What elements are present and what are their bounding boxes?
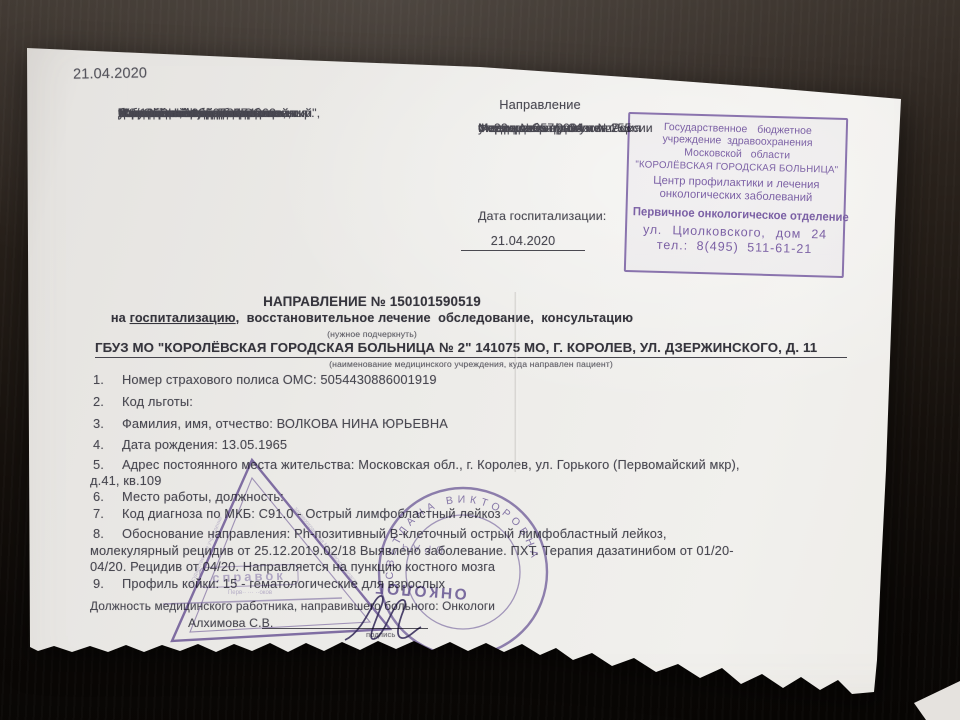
hospitalization-date-value: 21.04.2020	[463, 234, 583, 248]
doctor-name: Алхимова С.В.	[188, 616, 273, 630]
photo-of-referral-document: 21.04.2020 Министерство здравоохранения …	[0, 0, 960, 720]
item-workplace: 6.Место работы, должность:	[93, 489, 284, 504]
item-patient-name: 3.Фамилия, имя, отчество: ВОЛКОВА НИНА Ю…	[93, 416, 448, 431]
item-address-cont: д.41, кв.109	[90, 473, 161, 488]
paper-shadow-wrap: 21.04.2020 Министерство здравоохранения …	[0, 0, 960, 720]
item-address: 5.Адрес постоянного места жительства: Мо…	[93, 457, 740, 472]
referring-position-line: Должность медицинского работника, направ…	[90, 599, 495, 613]
hospital-rect-stamp: Государственное бюджетное учреждение здр…	[624, 112, 848, 278]
hospitalization-date-underline	[461, 250, 585, 251]
form-line: от 22 ноября 2004 г. №255	[478, 121, 632, 136]
form-header-title: Направление	[440, 97, 640, 112]
target-facility-line: ГБУЗ МО "КОРОЛЁВСКАЯ ГОРОДСКАЯ БОЛЬНИЦА …	[95, 340, 847, 358]
subtitle-prefix: на	[111, 311, 130, 325]
item-birth-date: 4.Дата рождения: 13.05.1965	[93, 437, 287, 452]
referral-title: НАПРАВЛЕНИЕ № 150101590519	[0, 294, 744, 309]
item-benefit-code: 2.Код льготы:	[93, 394, 193, 409]
org-line: Код ОГРН: 1035003374262	[118, 106, 276, 121]
item-justification-cont: 04/20. Рецидив от 04/20. Направляется на…	[90, 559, 495, 574]
signature-caption: подпись	[366, 630, 395, 639]
item-bed-profile: 9.Профиль койки: 15 - гематологические д…	[93, 576, 445, 591]
item-diagnosis-code: 7.Код диагноза по МКБ: С91.0 - Острый ли…	[93, 506, 501, 521]
item-justification-cont: молекулярный рецидив от 25.12.2019.02/18…	[90, 543, 734, 558]
underline-note: (нужное подчеркнуть)	[0, 329, 744, 339]
referral-subtitle: на госпитализацию, восстановительное леч…	[0, 311, 744, 325]
subtitle-rest: , восстановительное лечение обследование…	[236, 311, 633, 325]
hospitalization-date-label: Дата госпитализации:	[478, 209, 606, 223]
signature-underline	[262, 628, 428, 629]
stamp-line: Первичное онкологическое отделение	[633, 204, 839, 224]
facility-note: (наименование медицинского учреждения, к…	[95, 359, 847, 369]
item-insurance-number: 1.Номер страхового полиса ОМС: 505443088…	[93, 372, 437, 387]
document-date: 21.04.2020	[73, 65, 147, 82]
referral-paper: 21.04.2020 Министерство здравоохранения …	[0, 0, 960, 720]
paper-crease	[514, 292, 518, 472]
item-justification: 8.Обоснование направления: Ph-позитивный…	[93, 526, 667, 541]
subtitle-underlined-option: госпитализацию	[130, 311, 236, 325]
